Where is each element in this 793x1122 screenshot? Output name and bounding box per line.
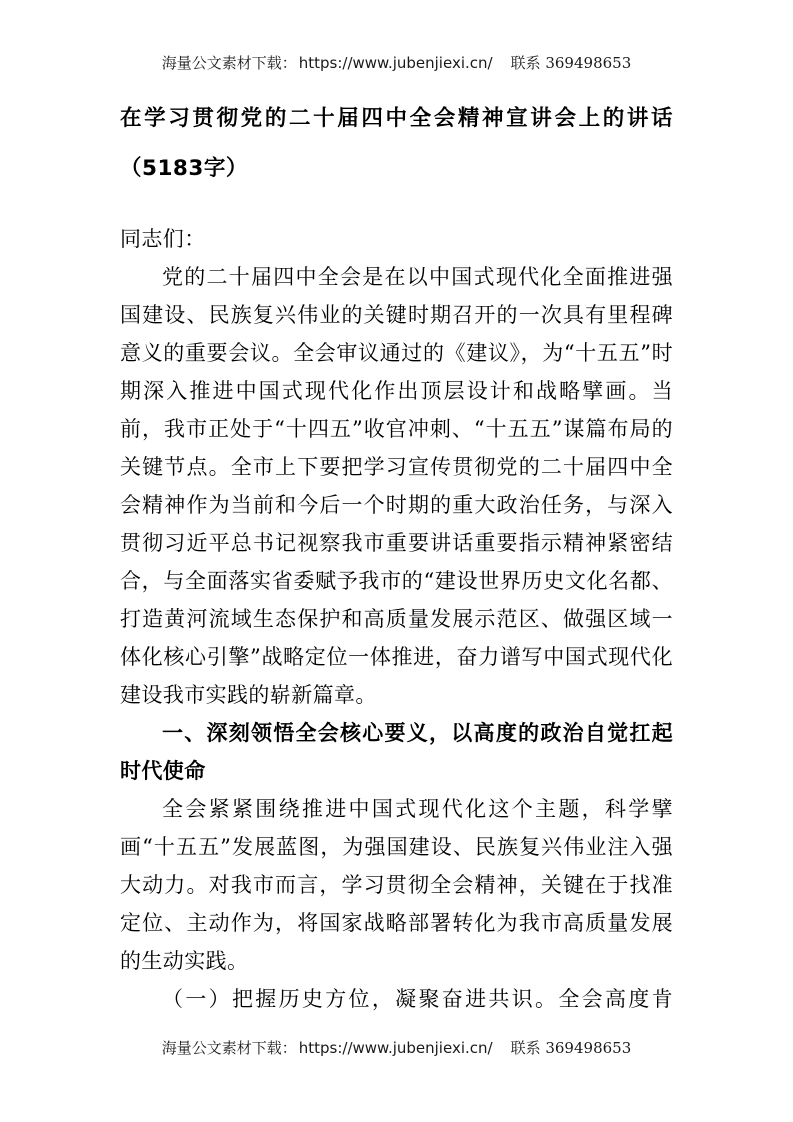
document-content: 在学习贯彻党的二十届四中全会精神宣讲会上的讲话（5183字） 同志们： 党的二十…	[120, 0, 673, 1012]
document-page: 海量公文素材下载：https://www.jubenjiexi.cn/联系 36…	[0, 0, 793, 1122]
section-heading-1: 一、深刻领悟全会核心要义，以高度的政治自觉扛起时代使命	[120, 714, 673, 790]
document-title: 在学习贯彻党的二十届四中全会精神宣讲会上的讲话（5183字）	[120, 94, 673, 194]
footer-contact: 联系 369498653	[511, 1039, 632, 1057]
body-paragraph-2: 全会紧紧围绕推进中国式现代化这个主题，科学擘画“十五五”发展蓝图，为强国建设、民…	[120, 790, 673, 980]
subsection-lead-paragraph: （一）把握历史方位，凝聚奋进共识。全会高度肯定“十	[120, 980, 673, 1012]
footer-download-label: 海量公文素材下载：	[162, 1039, 297, 1057]
footer-url: https://www.jubenjiexi.cn/	[299, 1039, 493, 1057]
salutation-paragraph: 同志们：	[120, 220, 673, 258]
body-paragraph-1: 党的二十届四中全会是在以中国式现代化全面推进强国建设、民族复兴伟业的关键时期召开…	[120, 258, 673, 714]
footer-note: 海量公文素材下载：https://www.jubenjiexi.cn/联系 36…	[0, 1037, 793, 1058]
